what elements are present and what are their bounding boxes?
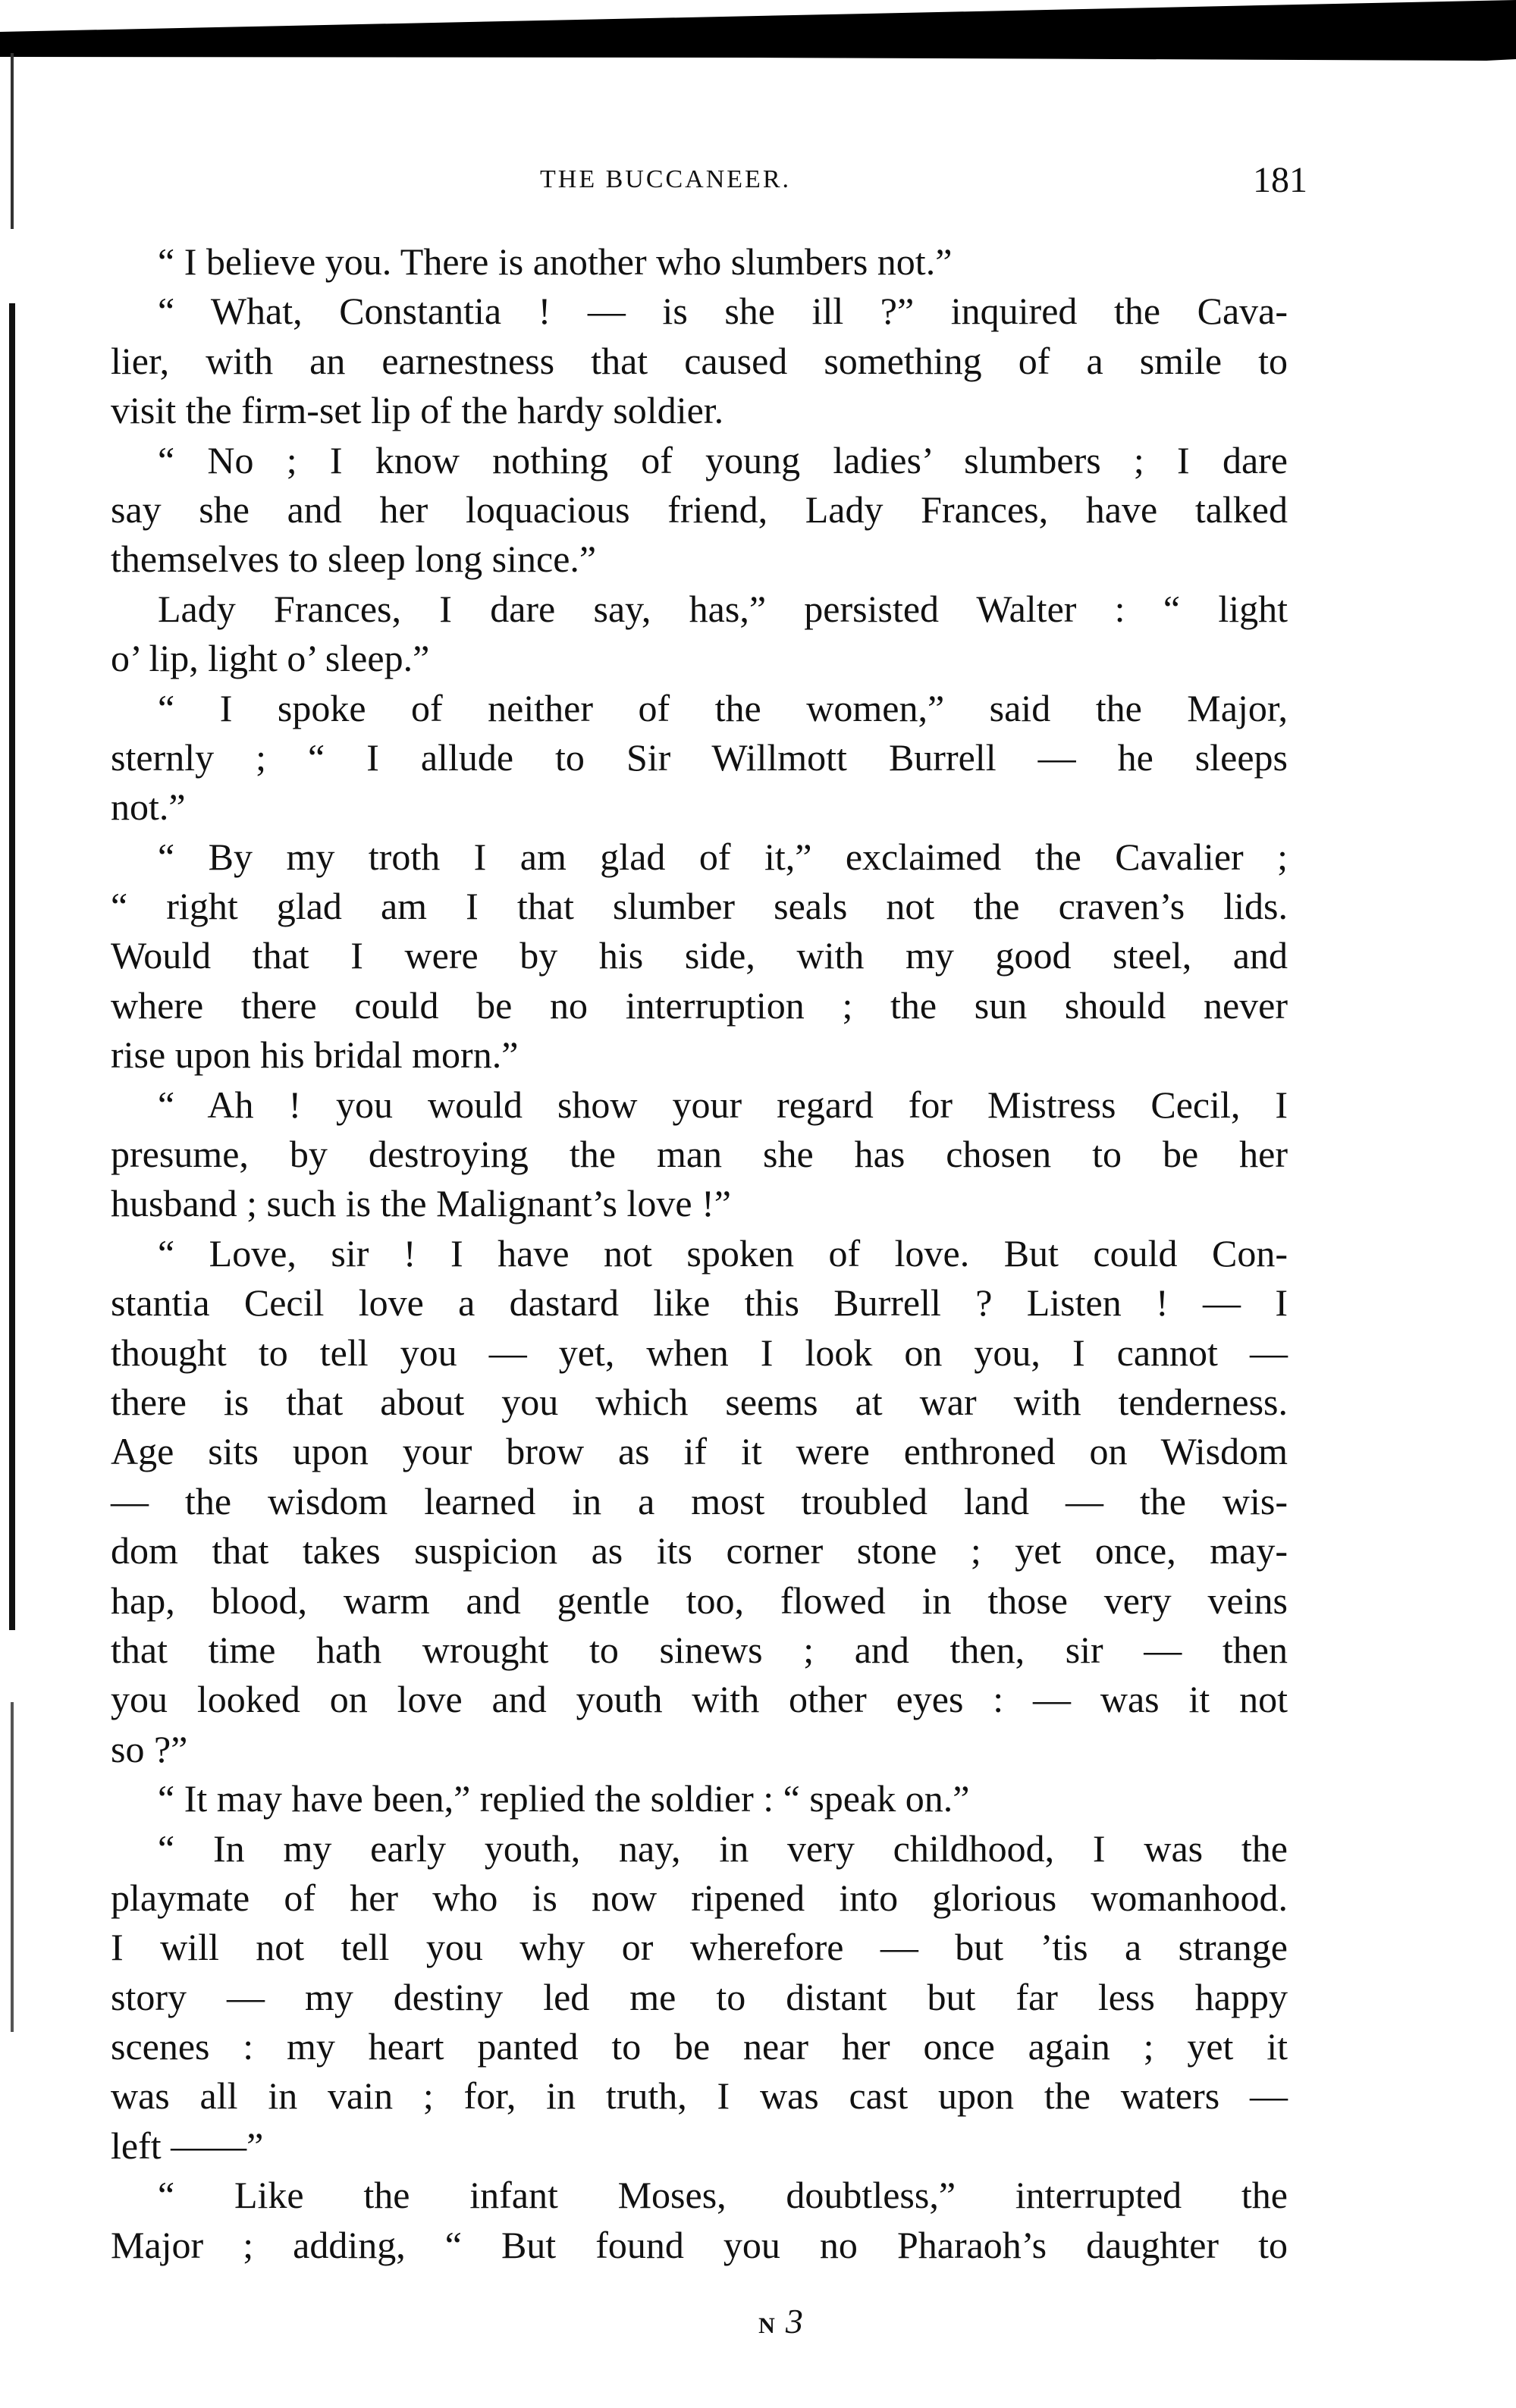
text-line: o’ lip, light o’ sleep.” xyxy=(111,634,1288,683)
text-line: where there could be no interruption ; t… xyxy=(111,981,1288,1030)
text-line: themselves to sleep long since.” xyxy=(111,535,1288,584)
scan-binding-shadow xyxy=(9,303,15,1630)
text-line: “ In my early youth, nay, in very childh… xyxy=(111,1824,1288,1873)
text-line: Would that I were by his side, with my g… xyxy=(111,931,1288,980)
text-line: Major ; adding, “ But found you no Phara… xyxy=(111,2221,1288,2270)
text-line: sternly ; “ I allude to Sir Willmott Bur… xyxy=(111,733,1288,782)
text-line: “ Love, sir ! I have not spoken of love.… xyxy=(111,1229,1288,1278)
text-line: playmate of her who is now ripened into … xyxy=(111,1873,1288,1923)
text-line: that time hath wrought to sinews ; and t… xyxy=(111,1626,1288,1675)
text-line: hap, blood, warm and gentle too, flowed … xyxy=(111,1576,1288,1626)
text-line: “ I believe you. There is another who sl… xyxy=(111,237,1288,287)
scan-top-edge-shadow xyxy=(0,0,1516,68)
text-line: scenes : my heart panted to be near her … xyxy=(111,2022,1288,2071)
text-line: so ?” xyxy=(111,1725,1288,1774)
text-line: — the wisdom learned in a most troubled … xyxy=(111,1477,1288,1526)
text-line: lier, with an earnestness that caused so… xyxy=(111,337,1288,386)
text-line: rise upon his bridal morn.” xyxy=(111,1030,1288,1080)
text-line: you looked on love and youth with other … xyxy=(111,1675,1288,1724)
text-line: “ By my troth I am glad of it,” exclaime… xyxy=(111,832,1288,882)
text-line: “ right glad am I that slumber seals not… xyxy=(111,882,1288,931)
running-head-title: THE BUCCANEER. xyxy=(540,165,791,194)
text-line: “ What, Constantia ! — is she ill ?” inq… xyxy=(111,287,1288,336)
text-line: “ I spoke of neither of the women,” said… xyxy=(111,684,1288,733)
text-line: visit the firm-set lip of the hardy sold… xyxy=(111,386,1288,435)
text-line: left ——” xyxy=(111,2121,1288,2171)
text-line: Age sits upon your brow as if it were en… xyxy=(111,1427,1288,1476)
text-line: “ It may have been,” replied the soldier… xyxy=(111,1774,1288,1823)
text-line: there is that about you which seems at w… xyxy=(111,1378,1288,1427)
text-line: presume, by destroying the man she has c… xyxy=(111,1130,1288,1179)
signature-number: 3 xyxy=(786,2302,803,2341)
text-line: not.” xyxy=(111,782,1288,832)
text-line: husband ; such is the Malignant’s love !… xyxy=(111,1179,1288,1228)
text-line: Lady Frances, I dare say, has,” persiste… xyxy=(111,585,1288,634)
body-text: “ I believe you. There is another who sl… xyxy=(111,237,1288,2270)
text-line: dom that takes suspicion as its corner s… xyxy=(111,1526,1288,1576)
text-line: “ Like the infant Moses, doubtless,” int… xyxy=(111,2171,1288,2220)
running-head: THE BUCCANEER. 181 xyxy=(0,159,1516,205)
text-line: “ Ah ! you would show your regard for Mi… xyxy=(111,1080,1288,1130)
signature-letter: N xyxy=(758,2313,775,2338)
page-number: 181 xyxy=(1253,159,1307,201)
text-line: story — my destiny led me to distant but… xyxy=(111,1973,1288,2022)
text-line: “ No ; I know nothing of young ladies’ s… xyxy=(111,436,1288,485)
text-line: stantia Cecil love a dastard like this B… xyxy=(111,1278,1288,1328)
text-line: I will not tell you why or wherefore — b… xyxy=(111,1923,1288,1972)
text-line: say she and her loquacious friend, Lady … xyxy=(111,485,1288,535)
printer-signature: N3 xyxy=(0,2301,1516,2341)
text-line: thought to tell you — yet, when I look o… xyxy=(111,1328,1288,1378)
text-line: was all in vain ; for, in truth, I was c… xyxy=(111,2071,1288,2121)
